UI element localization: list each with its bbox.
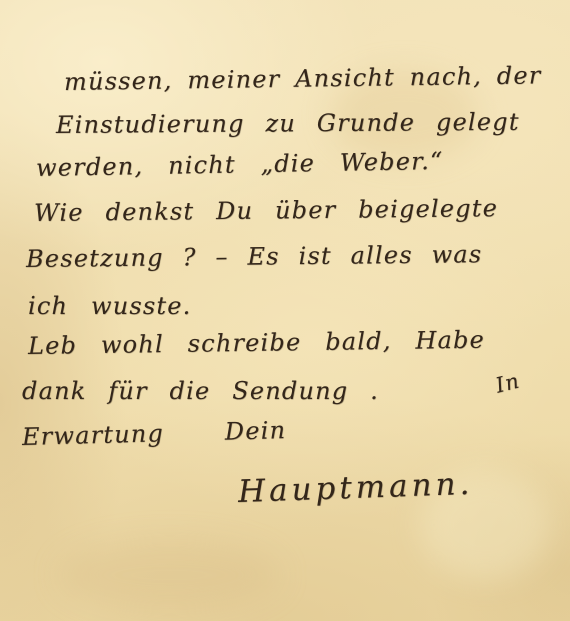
handwriting-line-2: Einstudierung zu Grunde gelegt <box>56 108 520 139</box>
handwriting-line-8: dank für die Sendung . <box>22 377 379 405</box>
handwriting-line-7: Leb wohl schreibe bald, Habe <box>28 326 485 360</box>
handwriting-line-6: ich wusste. <box>28 292 192 320</box>
letter-page: müssen, meiner Ansicht nach, der Einstud… <box>0 0 570 621</box>
handwriting-line-5: Besetzung ? – Es ist alles was <box>26 240 483 273</box>
handwriting-line-10-closing: Erwartung Dein <box>22 416 287 451</box>
signature: Hauptmann. <box>237 466 474 510</box>
handwriting-line-3: werden, nicht „die Weber.“ <box>36 147 444 182</box>
handwriting-line-1: müssen, meiner Ansicht nach, der <box>64 61 542 96</box>
handwriting-line-4: Wie denkst Du über beigelegte <box>34 194 498 227</box>
paper-stain <box>60 540 280 610</box>
handwriting-line-9-raised-word: In <box>493 368 522 397</box>
